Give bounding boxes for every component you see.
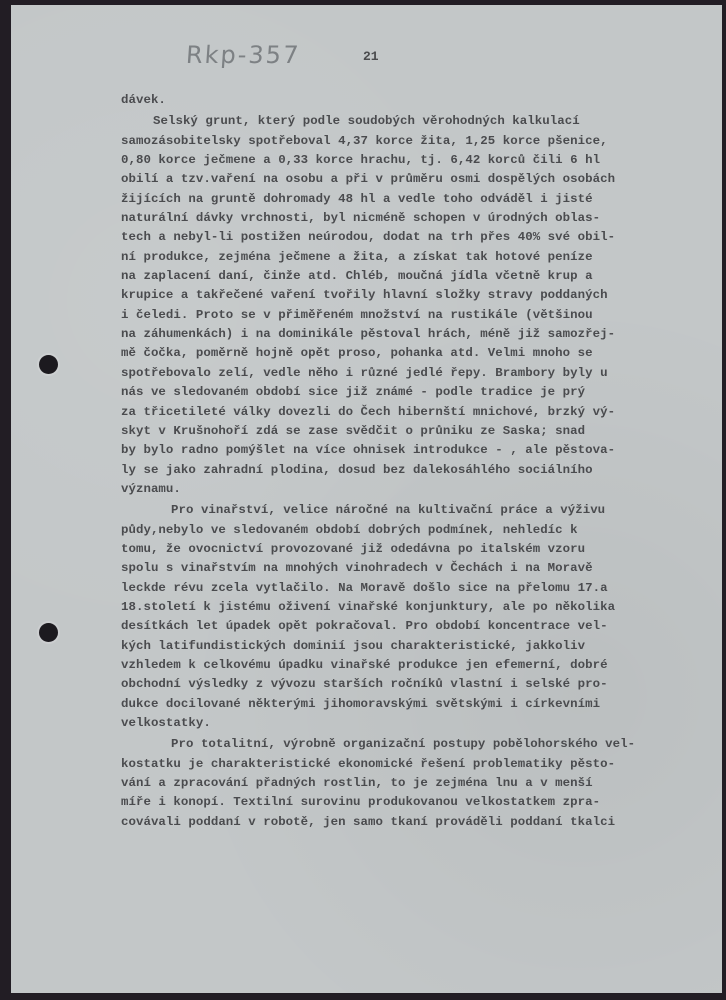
text-line: míře i konopí. Textilní surovinu produko…	[121, 793, 721, 812]
text-line: samozásobitelsky spotřeboval 4,37 korce …	[121, 132, 721, 151]
page-number: 21	[363, 49, 379, 64]
text-line: vání a zpracování přadných rostlin, to j…	[121, 774, 721, 793]
text-line: žijících na gruntě dohromady 48 hl a ved…	[121, 190, 721, 209]
text-line: na zaplacení daní, činže atd. Chléb, mou…	[121, 267, 721, 286]
text-line: tech a nebyl-li postižen neúrodou, dodat…	[121, 228, 721, 247]
text-line: 18.století k jistému oživení vinařské ko…	[121, 598, 721, 617]
punch-hole	[39, 355, 58, 374]
text-line: obchodní výsledky z vývozu starších ročn…	[121, 675, 721, 694]
text-line: spotřebovalo zelí, vedle něho i různé je…	[121, 364, 721, 383]
text-line: významu.	[121, 480, 721, 499]
scan-background: Rkp-357 21 dávek.Selský grunt, který pod…	[0, 0, 726, 1000]
punch-hole	[39, 623, 58, 642]
text-line: by bylo radno pomýšlet na více ohnisek i…	[121, 441, 721, 460]
text-line: spolu s vinařstvím na mnohých vinohradec…	[121, 559, 721, 578]
text-line: velkostatky.	[121, 714, 721, 733]
text-line: kých latifundistických dominií jsou char…	[121, 637, 721, 656]
paragraph: Pro vinařství, velice náročné na kultiva…	[121, 501, 721, 733]
paragraph: Pro totalitní, výrobně organizační postu…	[121, 735, 721, 832]
text-line: covávali poddaní v robotě, jen samo tkan…	[121, 813, 721, 832]
text-line: leckde révu zcela vytlačilo. Na Moravě d…	[121, 579, 721, 598]
text-line: ní produkce, zejména ječmene a žita, a z…	[121, 248, 721, 267]
paragraph: Selský grunt, který podle soudobých věro…	[121, 112, 721, 499]
text-line: krupice a takřečené vaření tvořily hlavn…	[121, 286, 721, 305]
text-line: ly se jako zahradní plodina, dosud bez d…	[121, 461, 721, 480]
text-line: i čeledi. Proto se v přiměřeném množství…	[121, 306, 721, 325]
text-line: naturální dávky vrchnosti, byl nicméně s…	[121, 209, 721, 228]
text-line: 0,80 korce ječmene a 0,33 korce hrachu, …	[121, 151, 721, 170]
text-line: Selský grunt, který podle soudobých věro…	[121, 112, 721, 131]
text-line: na záhumenkách) i na dominikále pěstoval…	[121, 325, 721, 344]
document-body: dávek.Selský grunt, který podle soudobýc…	[121, 91, 721, 832]
text-line: za třicetileté války dovezli do Čech hib…	[121, 403, 721, 422]
text-line: obilí a tzv.vaření na osobu a při v prům…	[121, 170, 721, 189]
text-line: skyt v Krušnohoří zdá se zase svědčit o …	[121, 422, 721, 441]
text-line: dávek.	[121, 91, 721, 110]
text-line: půdy,nebylo ve sledovaném období dobrých…	[121, 521, 721, 540]
archive-mark: Rkp-357	[185, 41, 301, 69]
text-line: Pro totalitní, výrobně organizační postu…	[121, 735, 721, 754]
text-line: desítkách let úpadek opět pokračoval. Pr…	[121, 617, 721, 636]
text-line: kostatku je charakteristické ekonomické …	[121, 755, 721, 774]
document-page: Rkp-357 21 dávek.Selský grunt, který pod…	[11, 5, 722, 993]
text-line: mě čočka, poměrně hojně opět proso, poha…	[121, 344, 721, 363]
text-line: dukce docilované některými jihomoravským…	[121, 695, 721, 714]
text-line: nás ve sledovaném období sice již známé …	[121, 383, 721, 402]
text-line: tomu, že ovocnictví provozované již oded…	[121, 540, 721, 559]
text-line: vzhledem k celkovému úpadku vinařské pro…	[121, 656, 721, 675]
text-line: Pro vinařství, velice náročné na kultiva…	[121, 501, 721, 520]
paragraph: dávek.	[121, 91, 721, 110]
